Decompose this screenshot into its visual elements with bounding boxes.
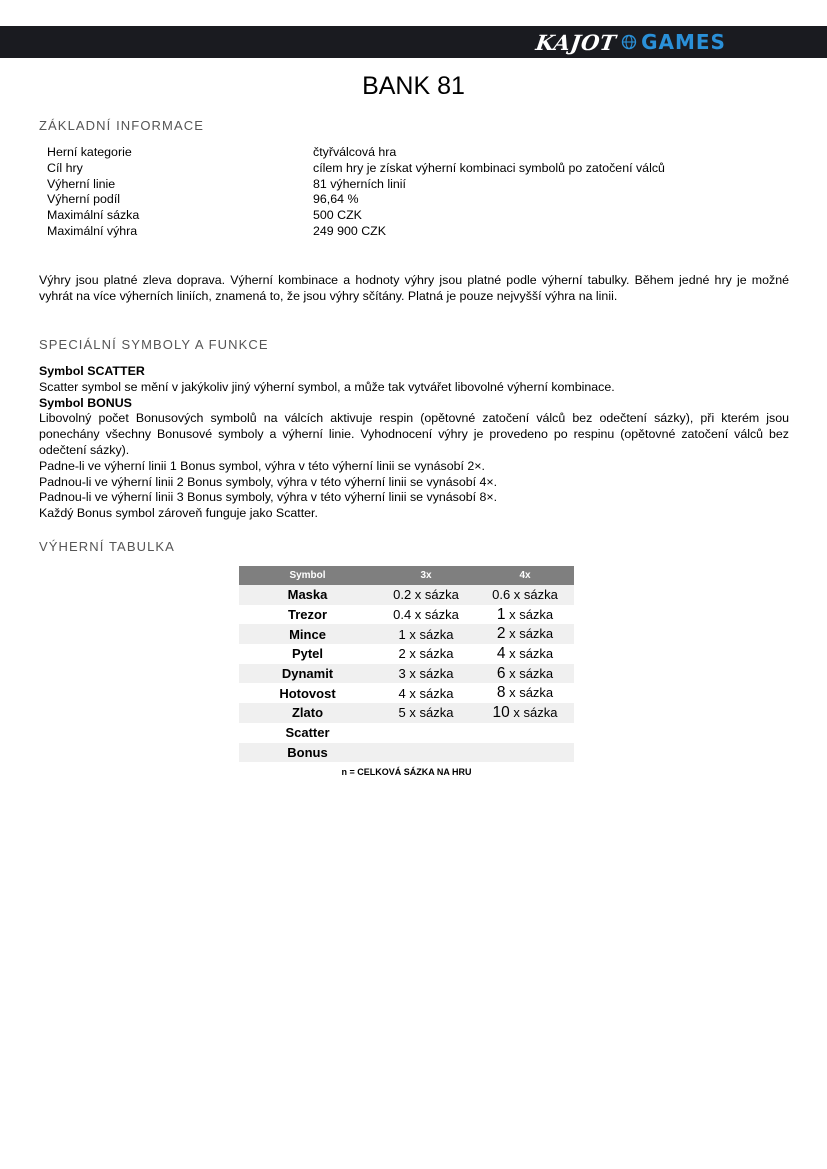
section-heading-paytable: VÝHERNÍ TABULKA [39, 539, 175, 554]
payout-multiplier: 3 [399, 666, 406, 681]
info-label: Výherní linie [47, 177, 313, 193]
logo-games-text: GAMES [641, 30, 726, 54]
symbol-name: Trezor [239, 605, 376, 625]
paytable-header-row: Symbol 3x 4x [239, 566, 574, 585]
payout-x3 [376, 743, 476, 763]
payout-x3: 2 x sázka [376, 644, 476, 664]
payout-x4: 1 x sázka [476, 605, 574, 625]
payout-x3: 3 x sázka [376, 664, 476, 684]
info-row: Maximální sázka500 CZK [47, 208, 665, 224]
bonus-title: Symbol BONUS [39, 396, 789, 412]
payout-x4: 4 x sázka [476, 644, 574, 664]
paytable-footnote: n = CELKOVÁ SÁZKA NA HRU [239, 767, 574, 777]
info-label: Cíl hry [47, 161, 313, 177]
section-heading-basic-info: ZÁKLADNÍ INFORMACE [39, 118, 204, 133]
payout-multiplier: 1 [399, 627, 406, 642]
column-header-4x: 4x [476, 566, 574, 585]
info-value: cílem hry je získat výherní kombinaci sy… [313, 161, 665, 177]
rules-paragraph: Výhry jsou platné zleva doprava. Výherní… [39, 273, 789, 305]
info-label: Maximální sázka [47, 208, 313, 224]
basic-info-list: Herní kategoriečtyřválcová hraCíl hrycíl… [47, 145, 665, 240]
payout-unit: x sázka [505, 607, 553, 622]
bonus-line-1: Padne-li ve výherní linii 1 Bonus symbol… [39, 459, 789, 475]
symbol-name: Dynamit [239, 664, 376, 684]
info-value: 249 900 CZK [313, 224, 386, 240]
table-row: Trezor0.4 x sázka1 x sázka [239, 605, 574, 625]
payout-multiplier: 0.2 [393, 587, 411, 602]
bonus-line-4: Každý Bonus symbol zároveň funguje jako … [39, 506, 789, 522]
symbol-name: Zlato [239, 703, 376, 723]
payout-unit: x sázka [505, 666, 553, 681]
payout-x4: 10 x sázka [476, 703, 574, 723]
table-row: Bonus [239, 743, 574, 763]
info-row: Cíl hrycílem hry je získat výherní kombi… [47, 161, 665, 177]
symbol-name: Mince [239, 624, 376, 644]
payout-x4: 0.6 x sázka [476, 585, 574, 605]
info-value: 500 CZK [313, 208, 362, 224]
page-title: BANK 81 [0, 72, 827, 101]
symbol-name: Maska [239, 585, 376, 605]
payout-unit: x sázka [505, 626, 553, 641]
kajot-games-logo: KAJOT GAMES [536, 29, 726, 55]
payout-unit: x sázka [505, 646, 553, 661]
symbol-name: Bonus [239, 743, 376, 763]
info-label: Herní kategorie [47, 145, 313, 161]
globe-icon [621, 34, 637, 50]
table-row: Pytel2 x sázka4 x sázka [239, 644, 574, 664]
table-row: Hotovost4 x sázka8 x sázka [239, 683, 574, 703]
payout-x3: 1 x sázka [376, 624, 476, 644]
bonus-line-2: Padnou-li ve výherní linii 2 Bonus symbo… [39, 475, 789, 491]
payout-x3: 0.2 x sázka [376, 585, 476, 605]
symbol-name: Pytel [239, 644, 376, 664]
info-row: Herní kategoriečtyřválcová hra [47, 145, 665, 161]
special-symbols-block: Symbol SCATTER Scatter symbol se mění v … [39, 364, 789, 522]
symbol-name: Scatter [239, 723, 376, 743]
payout-unit: x sázka [406, 627, 454, 642]
bonus-line-3: Padnou-li ve výherní linii 3 Bonus symbo… [39, 490, 789, 506]
payout-multiplier: 0.4 [393, 607, 411, 622]
paytable: Symbol 3x 4x Maska0.2 x sázka0.6 x sázka… [239, 566, 574, 762]
table-row: Maska0.2 x sázka0.6 x sázka [239, 585, 574, 605]
table-row: Mince1 x sázka2 x sázka [239, 624, 574, 644]
info-label: Výherní podíl [47, 192, 313, 208]
payout-x3: 5 x sázka [376, 703, 476, 723]
payout-x4: 8 x sázka [476, 683, 574, 703]
payout-unit: x sázka [406, 646, 454, 661]
payout-unit: x sázka [411, 587, 459, 602]
payout-multiplier: 0.6 [492, 587, 510, 602]
info-label: Maximální výhra [47, 224, 313, 240]
scatter-title: Symbol SCATTER [39, 364, 789, 380]
info-value: 96,64 % [313, 192, 358, 208]
payout-x4 [476, 743, 574, 763]
symbol-name: Hotovost [239, 683, 376, 703]
payout-unit: x sázka [406, 705, 454, 720]
info-value: 81 výherních linií [313, 177, 406, 193]
payout-x3 [376, 723, 476, 743]
payout-x3: 4 x sázka [376, 683, 476, 703]
payout-unit: x sázka [406, 666, 454, 681]
payout-x3: 0.4 x sázka [376, 605, 476, 625]
logo-kajot-text: KAJOT [534, 30, 618, 55]
table-row: Zlato5 x sázka10 x sázka [239, 703, 574, 723]
section-heading-special: SPECIÁLNÍ SYMBOLY A FUNKCE [39, 337, 269, 352]
bonus-description: Libovolný počet Bonusových symbolů na vá… [39, 411, 789, 458]
payout-unit: x sázka [406, 686, 454, 701]
column-header-symbol: Symbol [239, 566, 376, 585]
scatter-description: Scatter symbol se mění v jakýkoliv jiný … [39, 380, 789, 396]
table-row: Dynamit3 x sázka6 x sázka [239, 664, 574, 684]
payout-x4 [476, 723, 574, 743]
info-row: Maximální výhra249 900 CZK [47, 224, 665, 240]
table-row: Scatter [239, 723, 574, 743]
info-row: Výherní linie81 výherních linií [47, 177, 665, 193]
info-value: čtyřválcová hra [313, 145, 396, 161]
payout-multiplier: 4 [399, 686, 406, 701]
payout-multiplier: 10 [493, 704, 510, 721]
payout-unit: x sázka [510, 705, 558, 720]
payout-x4: 2 x sázka [476, 624, 574, 644]
payout-multiplier: 5 [399, 705, 406, 720]
payout-unit: x sázka [510, 587, 558, 602]
payout-multiplier: 2 [399, 646, 406, 661]
payout-unit: x sázka [411, 607, 459, 622]
column-header-3x: 3x [376, 566, 476, 585]
info-row: Výherní podíl96,64 % [47, 192, 665, 208]
header-bar: KAJOT GAMES [0, 26, 827, 58]
payout-x4: 6 x sázka [476, 664, 574, 684]
payout-unit: x sázka [505, 685, 553, 700]
